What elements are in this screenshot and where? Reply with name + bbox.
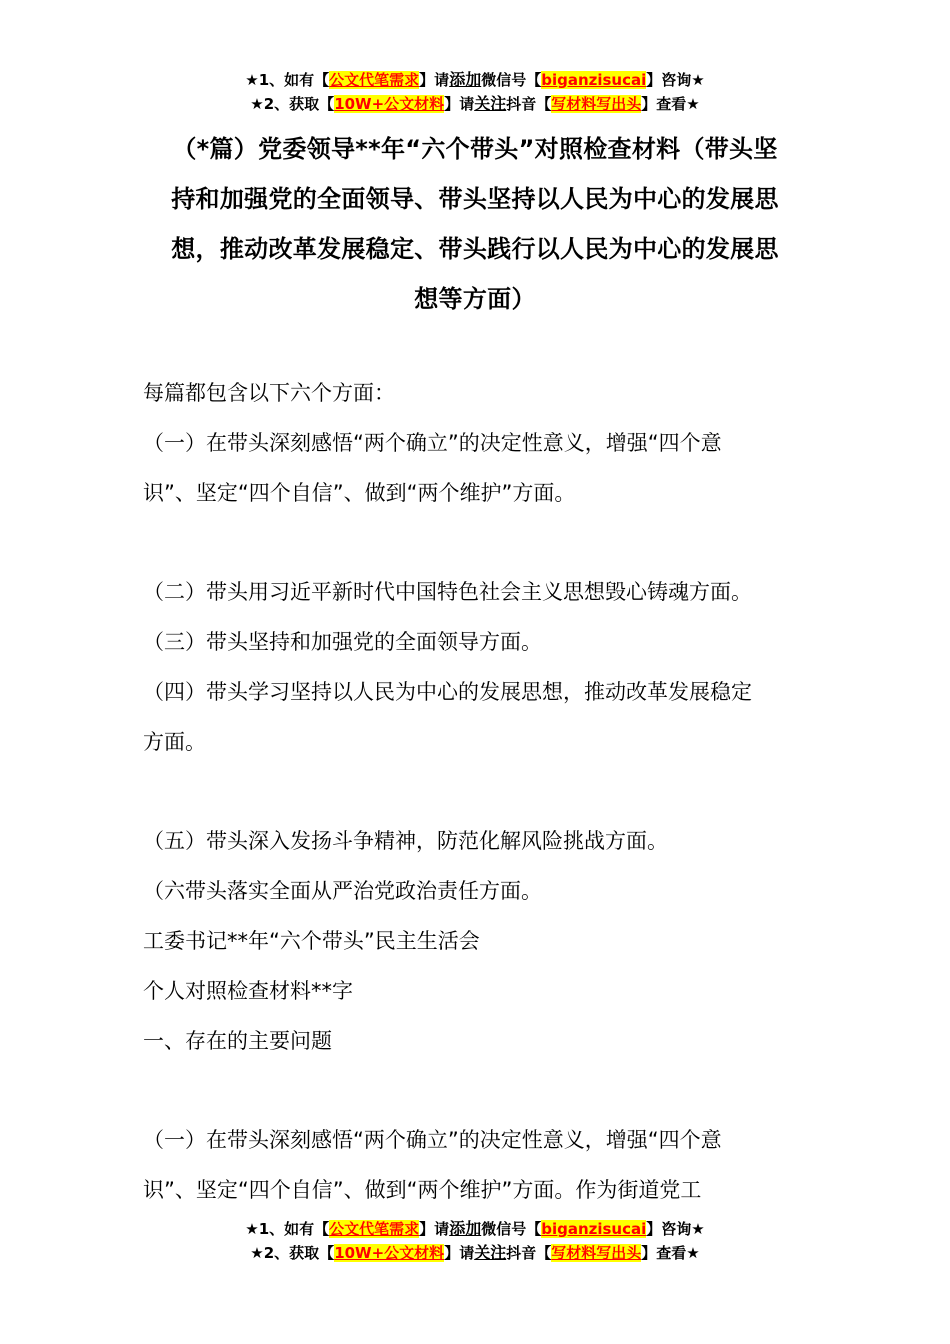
promo-text: 】咨询★ xyxy=(646,1220,704,1238)
promo-text: 】请 xyxy=(419,1220,449,1238)
promo-text: ★2、获取【 xyxy=(250,95,334,113)
promo-line-1: ★1、如有【公文代笔需求】请添加微信号【biganzisucai】咨询★ xyxy=(0,68,950,92)
subtitle-line: 工委书记**年“六个带头”民主生活会 xyxy=(143,928,813,954)
paragraph-line: （四）带头学习坚持以人民为中心的发展思想，推动改革发展稳定 xyxy=(143,679,813,705)
promo-text: 抖音【 xyxy=(506,95,551,113)
paragraph-line: （二）带头用习近平新时代中国特色社会主义思想毁心铸魂方面。 xyxy=(143,579,813,605)
promo-underlined: 关注 xyxy=(474,94,506,113)
paragraph-line: 方面。 xyxy=(143,729,813,755)
promo-text: 】请 xyxy=(444,1244,474,1262)
paragraph-line: （一）在带头深刻感悟“两个确立”的决定性意义，增强“四个意 xyxy=(143,430,813,456)
title-line: 想等方面） xyxy=(140,274,810,324)
title-line: 持和加强党的全面领导、带头坚持以人民为中心的发展思 xyxy=(140,174,810,224)
promo-line-2: ★2、获取【10W+公文材料】请关注抖音【写材料写出头】查看★ xyxy=(0,1241,950,1265)
promo-underlined: 添加 xyxy=(449,70,481,89)
promo-text: 】请 xyxy=(419,71,449,89)
promo-text: 】查看★ xyxy=(641,1244,699,1262)
intro-line: 每篇都包含以下六个方面： xyxy=(143,380,813,406)
promo-line-1: ★1、如有【公文代笔需求】请添加微信号【biganzisucai】咨询★ xyxy=(0,1217,950,1241)
paragraph-line: （六带头落实全面从严治党政治责任方面。 xyxy=(143,878,813,904)
section-heading: 一、存在的主要问题 xyxy=(143,1028,813,1054)
promo-text: ★2、获取【 xyxy=(250,1244,334,1262)
promo-highlight: 10W+公文材料 xyxy=(334,1244,444,1262)
paragraph-line: 识”、坚定“四个自信”、做到“两个维护”方面。作为街道党工 xyxy=(143,1177,813,1203)
paragraph-line: 识”、坚定“四个自信”、做到“两个维护”方面。 xyxy=(143,480,813,506)
title-line: 想，推动改革发展稳定、带头践行以人民为中心的发展思 xyxy=(140,224,810,274)
promo-line-2: ★2、获取【10W+公文材料】请关注抖音【写材料写出头】查看★ xyxy=(0,92,950,116)
promo-text: 】请 xyxy=(444,95,474,113)
promo-highlight: 10W+公文材料 xyxy=(334,95,444,113)
promo-text: 微信号【 xyxy=(481,71,541,89)
promo-douyin-id: 写材料写出头 xyxy=(551,95,641,113)
subtitle-line: 个人对照检查材料**字 xyxy=(143,978,813,1004)
promo-text: 】查看★ xyxy=(641,95,699,113)
promo-text: ★1、如有【 xyxy=(245,1220,329,1238)
paragraph-line: （五）带头深入发扬斗争精神，防范化解风险挑战方面。 xyxy=(143,828,813,854)
promo-underlined: 添加 xyxy=(449,1219,481,1238)
promo-highlight: 公文代笔需求 xyxy=(329,1220,419,1238)
document-title: （*篇）党委领导**年“六个带头”对照检查材料（带头坚 持和加强党的全面领导、带… xyxy=(140,124,810,324)
promo-text: 抖音【 xyxy=(506,1244,551,1262)
promo-text: ★1、如有【 xyxy=(245,71,329,89)
title-line: （*篇）党委领导**年“六个带头”对照检查材料（带头坚 xyxy=(140,124,810,174)
paragraph-line: （一）在带头深刻感悟“两个确立”的决定性意义，增强“四个意 xyxy=(143,1127,813,1153)
paragraph-line: （三）带头坚持和加强党的全面领导方面。 xyxy=(143,629,813,655)
promo-text: 】咨询★ xyxy=(646,71,704,89)
promo-wechat-id: biganzisucai xyxy=(541,1220,646,1238)
promo-wechat-id: biganzisucai xyxy=(541,71,646,89)
promo-banner-bottom: ★1、如有【公文代笔需求】请添加微信号【biganzisucai】咨询★ ★2、… xyxy=(0,1217,950,1265)
promo-douyin-id: 写材料写出头 xyxy=(551,1244,641,1262)
promo-banner-top: ★1、如有【公文代笔需求】请添加微信号【biganzisucai】咨询★ ★2、… xyxy=(0,68,950,116)
promo-highlight: 公文代笔需求 xyxy=(329,71,419,89)
promo-text: 微信号【 xyxy=(481,1220,541,1238)
promo-underlined: 关注 xyxy=(474,1243,506,1262)
